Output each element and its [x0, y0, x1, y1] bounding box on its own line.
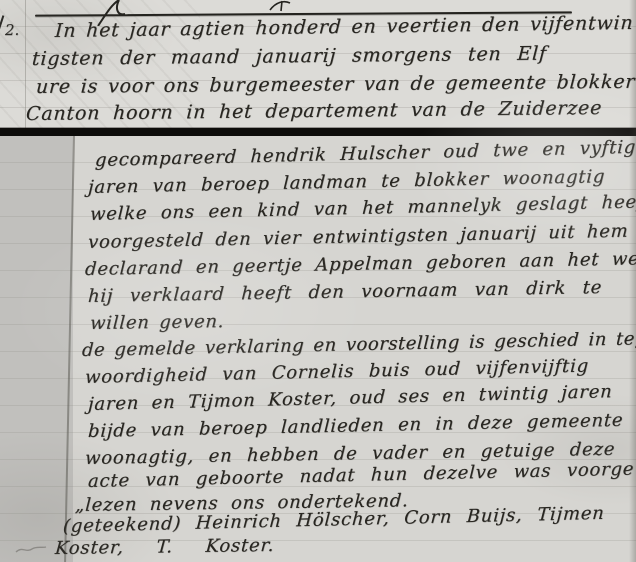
stray-mark: [14, 544, 48, 556]
margin-column: [0, 136, 73, 562]
handwritten-line: willen geven.: [89, 311, 225, 335]
act-number: 2.: [5, 21, 19, 39]
scanned-document-page: 2. In het jaar agtien honderd en veertie…: [0, 0, 636, 562]
signature-line: Koster, T. Koster.: [54, 535, 275, 560]
section-divider: [0, 128, 636, 136]
pen-flourish: [268, 0, 298, 12]
